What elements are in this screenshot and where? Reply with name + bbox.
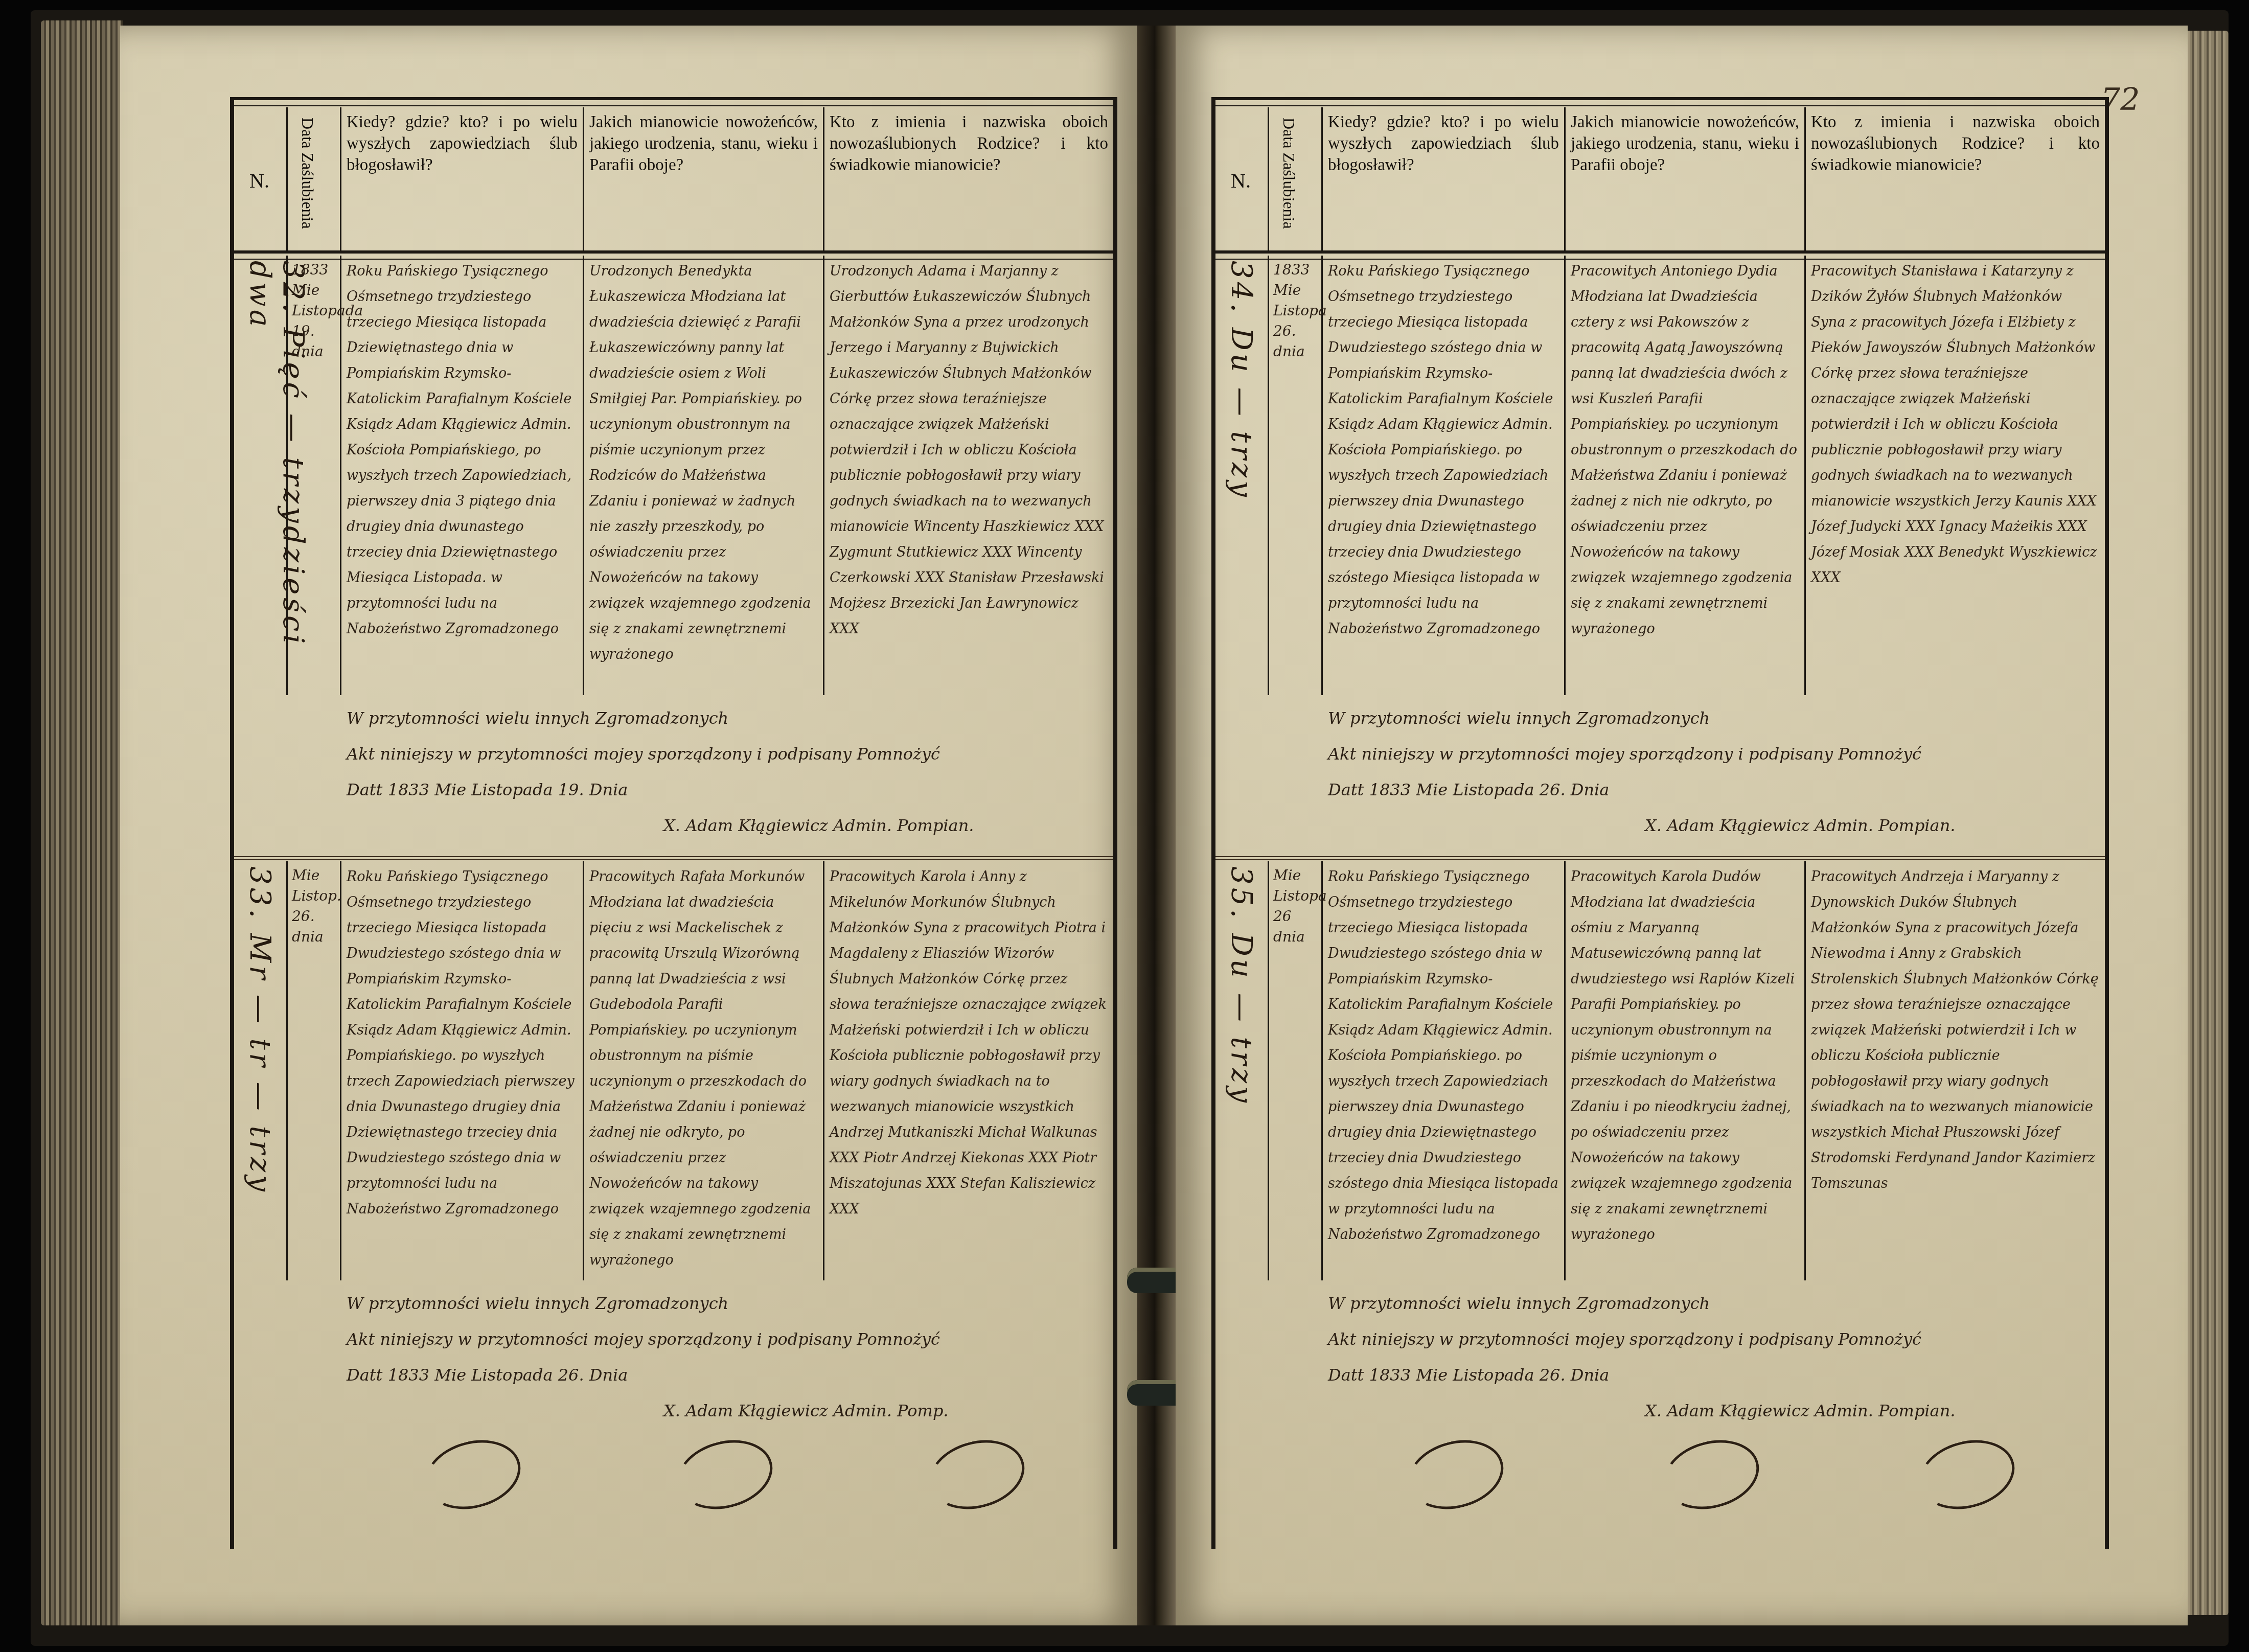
closing-attestation: W przytomności wielu innych Zgromadzonyc…	[347, 700, 1103, 843]
header-number: N.	[234, 107, 288, 250]
entry-who: Urodzonych Benedykta Łukaszewicza Młodzi…	[584, 256, 823, 671]
entry-when: Roku Pańskiego Tysiącznego Ośmsetnego tr…	[341, 256, 583, 645]
signature-flourish-icon	[922, 1430, 1032, 1520]
witness-flourishes	[1328, 1441, 2095, 1523]
entry-who: Pracowitych Rafała Morkunów Młodziana la…	[584, 861, 823, 1276]
priest-signature: X. Adam Kłągiewicz Admin. Pompian.	[347, 808, 1103, 843]
entry-who: Pracowitych Karola Dudów Młodziana lat d…	[1566, 861, 1804, 1251]
header-date: Data Zaślubienia	[288, 107, 341, 250]
marriage-entry-35: 35. Du — trzy Mie Listopa 26 dnia Roku P…	[1215, 861, 2105, 1280]
header-date: Data Zaślubienia	[1269, 107, 1323, 250]
priest-signature: X. Adam Kłągiewicz Admin. Pompian.	[1328, 808, 2095, 843]
signature-flourish-icon	[1400, 1430, 1511, 1520]
header-who: Jakich mianowicie nowożeńców, jakiego ur…	[1566, 107, 1806, 250]
signature-flourish-icon	[1656, 1430, 1766, 1520]
left-register-table: N. Data Zaślubienia Kiedy? gdzie? kto? i…	[230, 97, 1117, 1549]
entry-divider	[234, 856, 1113, 860]
entry-parents: Urodzonych Adama i Marjanny z Gierbuttów…	[824, 256, 1113, 645]
priest-signature: X. Adam Kłągiewicz Admin. Pomp.	[347, 1393, 1103, 1429]
entry-divider	[1215, 856, 2105, 860]
header-number: N.	[1215, 107, 1269, 250]
closing-attestation: W przytomności wielu innych Zgromadzonyc…	[347, 1286, 1103, 1429]
entry-parents: Pracowitych Andrzeja i Maryanny z Dynows…	[1806, 861, 2105, 1200]
header-when: Kiedy? gdzie? kto? i po wielu wyszłych z…	[341, 107, 584, 250]
header-row: N. Data Zaślubienia Kiedy? gdzie? kto? i…	[1215, 107, 2105, 250]
marriage-entry-33: 33. Mr — tr — trzy Mie Listop. 26. dnia …	[234, 861, 1113, 1280]
signature-flourish-icon	[669, 1430, 780, 1520]
entry-date: Mie Listop. 26. dnia	[288, 861, 340, 951]
witness-flourishes	[347, 1441, 1103, 1523]
entry-parents: Pracowitych Stanisława i Katarzyny z Dzi…	[1806, 256, 2105, 594]
page-block-right-edge	[2183, 31, 2229, 1615]
entry-when: Roku Pańskiego Tysiącznego Ośmsetnego tr…	[341, 861, 583, 1225]
header-parents: Kto z imienia i nazwiska oboich nowozaśl…	[1806, 107, 2105, 250]
entry-number: 34. Du — trzy	[1225, 261, 1258, 500]
entry-parents: Pracowitych Karola i Anny z Mikelunów Mo…	[824, 861, 1113, 1225]
marriage-entry-32: 32. Pięć — trzydzieści dwa 1833 Mie List…	[234, 256, 1113, 695]
header-parents: Kto z imienia i nazwiska oboich nowozaśl…	[824, 107, 1113, 250]
entry-who: Pracowitych Antoniego Dydia Młodziana la…	[1566, 256, 1804, 645]
priest-signature: X. Adam Kłągiewicz Admin. Pompian.	[1328, 1393, 2095, 1429]
header-top-rule	[1215, 97, 2105, 106]
signature-flourish-icon	[417, 1430, 528, 1520]
header-who: Jakich mianowicie nowożeńców, jakiego ur…	[584, 107, 824, 250]
header-row: N. Data Zaślubienia Kiedy? gdzie? kto? i…	[234, 107, 1113, 250]
entry-number: 33. Mr — tr — trzy	[243, 866, 277, 1195]
header-top-rule	[234, 97, 1113, 106]
entry-date: 1833 Mie Listopa 26. dnia	[1269, 256, 1321, 366]
signature-flourish-icon	[1911, 1430, 2022, 1520]
marriage-entry-34: 34. Du — trzy 1833 Mie Listopa 26. dnia …	[1215, 256, 2105, 695]
header-when: Kiedy? gdzie? kto? i po wielu wyszłych z…	[1323, 107, 1566, 250]
closing-attestation: W przytomności wielu innych Zgromadzonyc…	[1328, 1286, 2095, 1429]
entry-date: 1833 Mie Listopada 19. dnia	[288, 256, 340, 366]
entry-date: Mie Listopa 26 dnia	[1269, 861, 1321, 951]
page-block-left-edge	[41, 20, 123, 1625]
entry-when: Roku Pańskiego Tysiącznego Ośmsetnego tr…	[1323, 256, 1564, 645]
closing-attestation: W przytomności wielu innych Zgromadzonyc…	[1328, 700, 2095, 843]
entry-when: Roku Pańskiego Tysiącznego Ośmsetnego tr…	[1323, 861, 1564, 1251]
entry-number: 35. Du — trzy	[1225, 866, 1258, 1106]
right-register-table: N. Data Zaślubienia Kiedy? gdzie? kto? i…	[1211, 97, 2109, 1549]
